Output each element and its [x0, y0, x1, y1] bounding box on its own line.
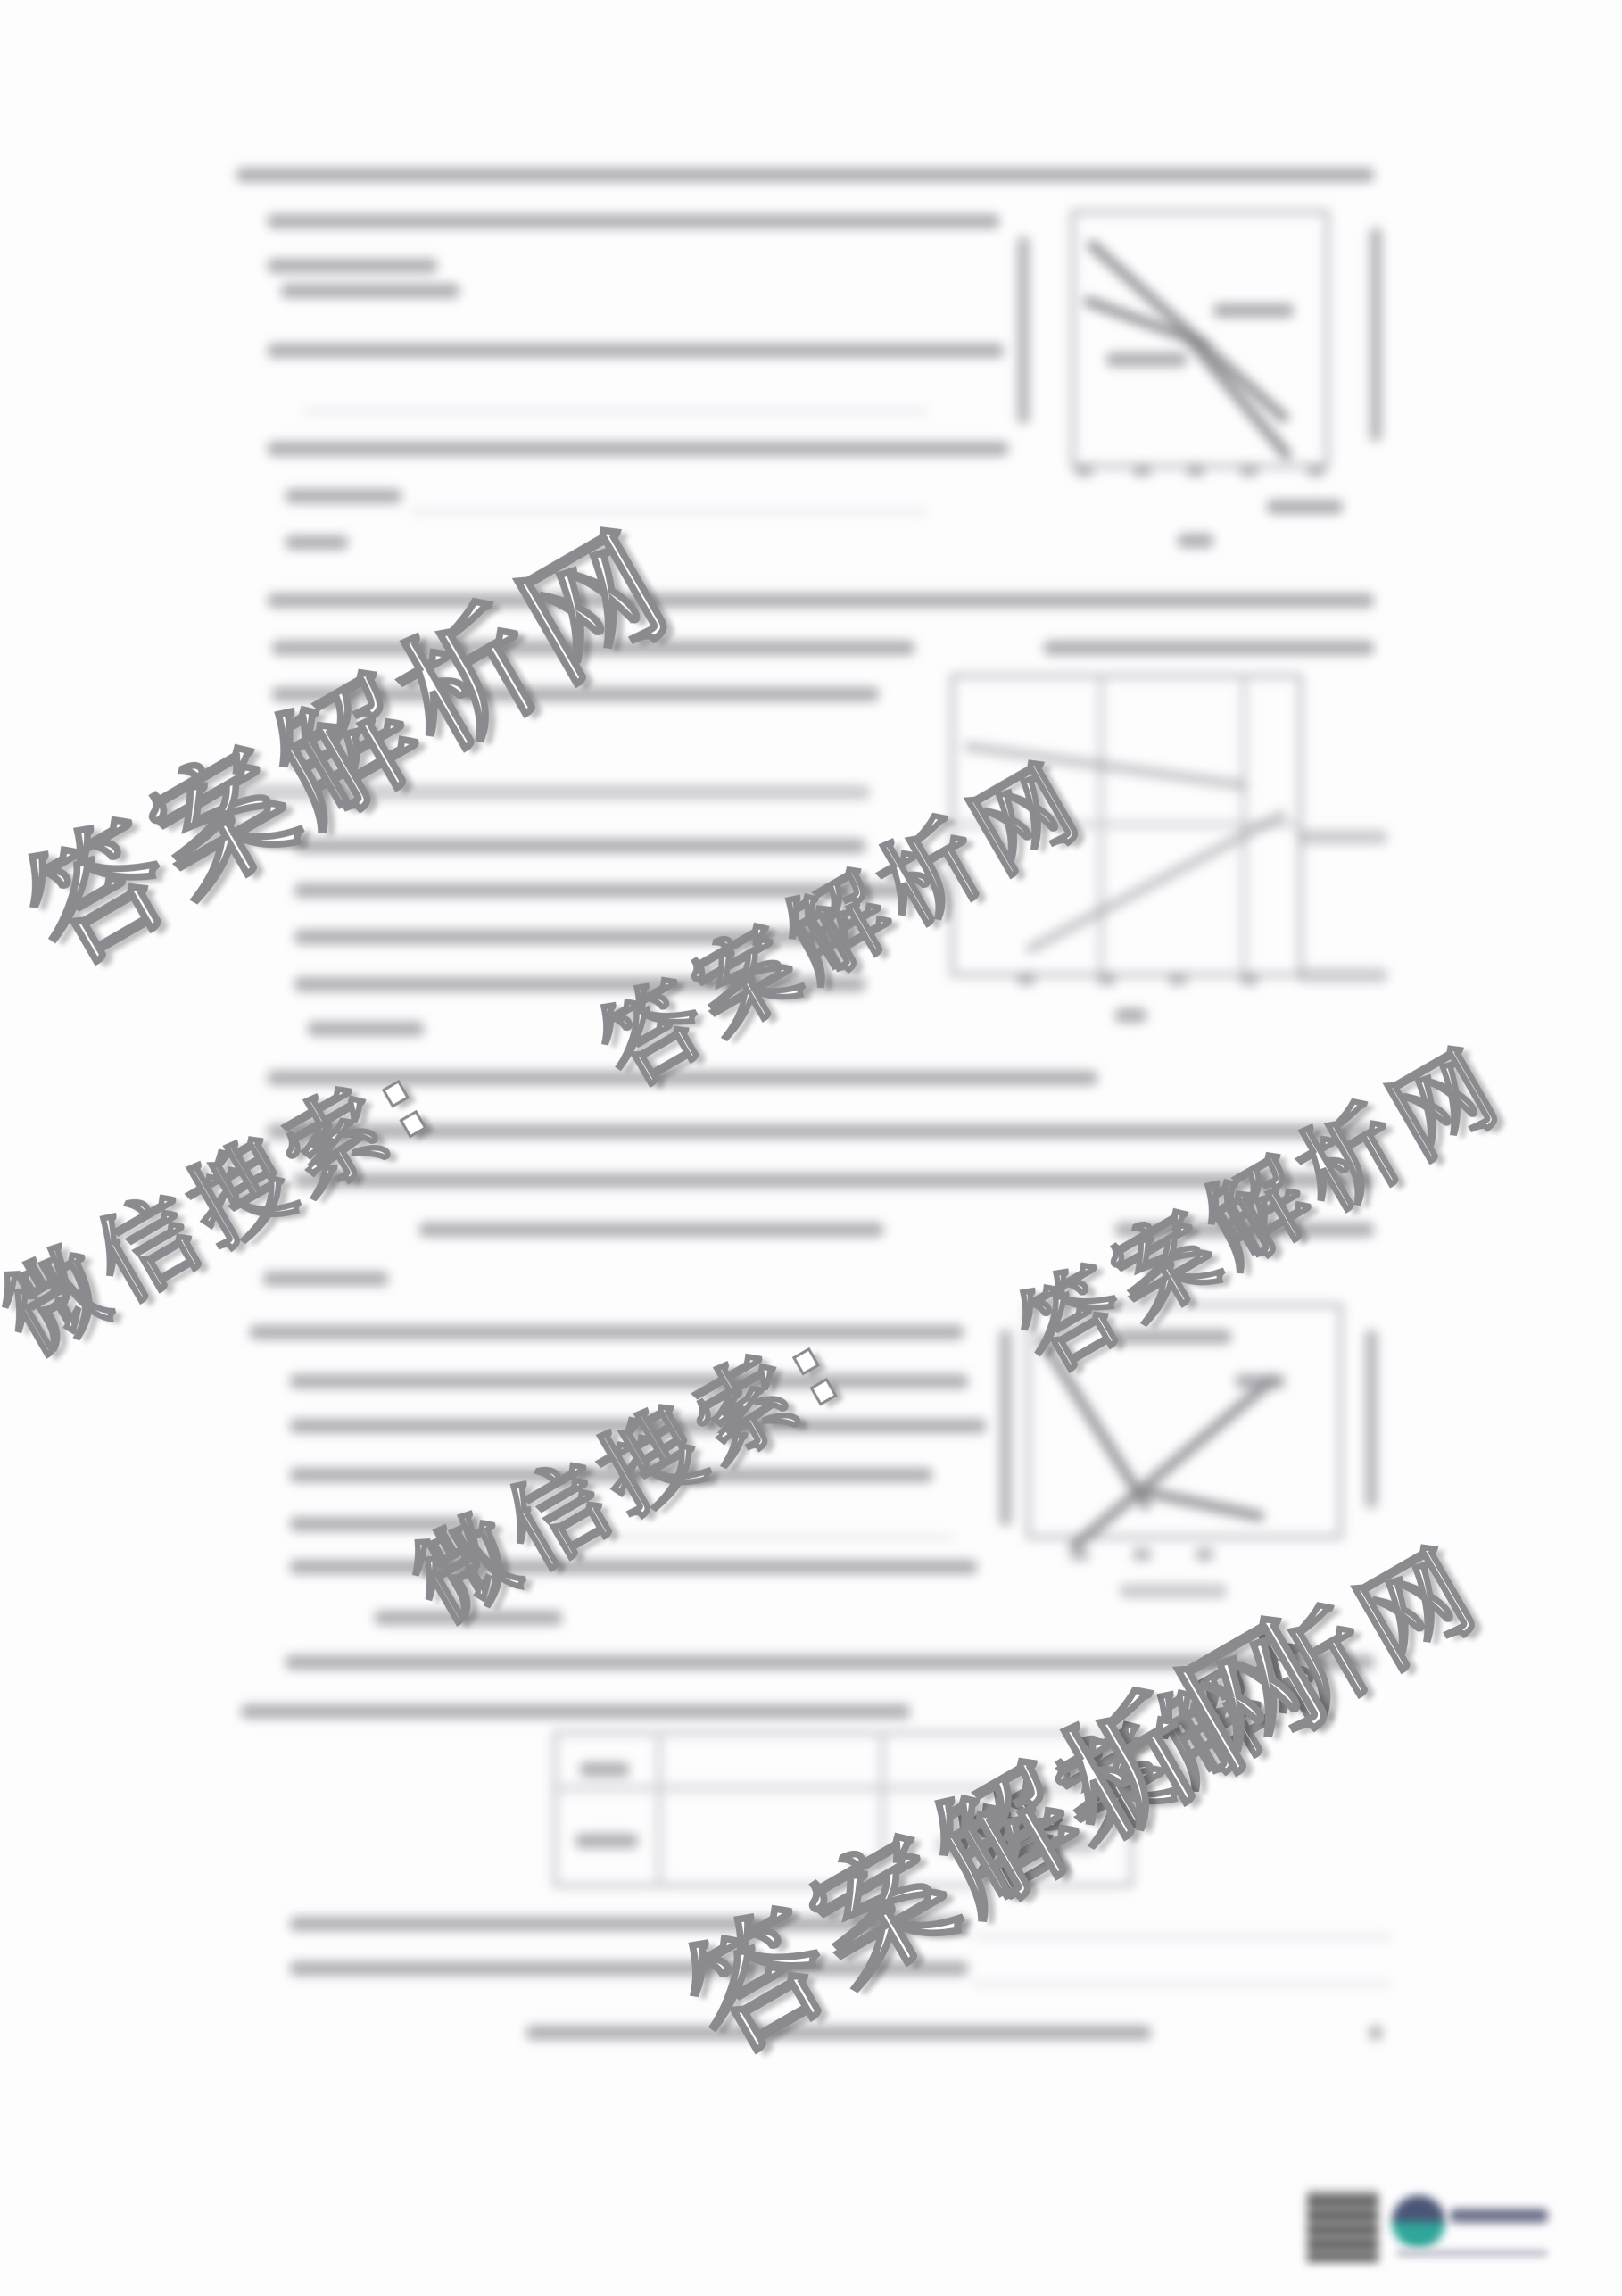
brand-tagline [1396, 2249, 1548, 2258]
exam-page: 答案解析网 答案解析网 答案解析网 答案解析网 答案解析网 微信搜索: 微信搜索… [0, 0, 1622, 2296]
watermark-text: 答案解析网 [0, 477, 702, 1000]
qr-code-icon [1307, 2191, 1378, 2262]
brand-name [1450, 2209, 1548, 2223]
brand-circle-icon [1392, 2195, 1445, 2249]
